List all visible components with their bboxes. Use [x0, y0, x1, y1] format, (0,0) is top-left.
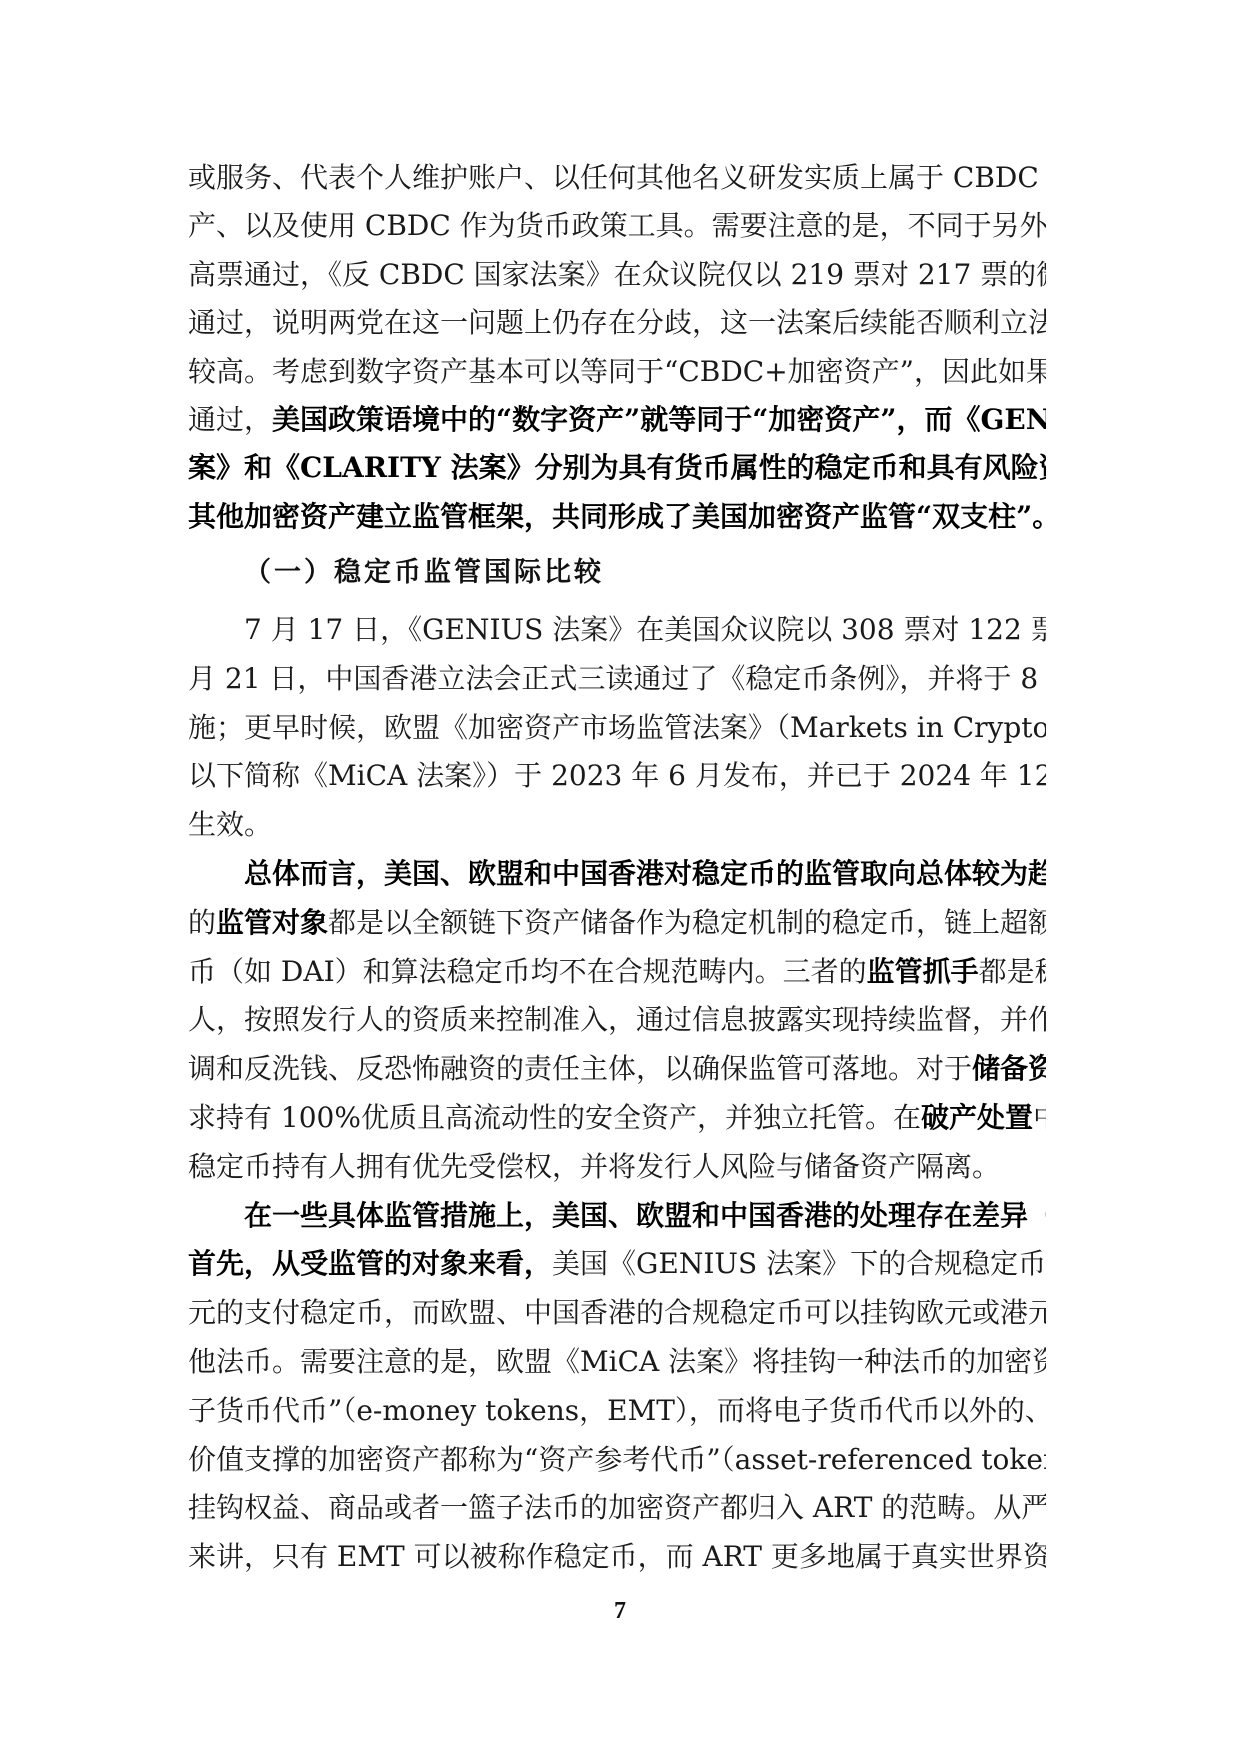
- text-line: 生效。: [188, 805, 1046, 845]
- text: 生效。: [188, 808, 272, 841]
- text: 来讲，只有 EMT 可以被称作稳定币，而 ART 更多地属于真实世界资产的范畴。: [188, 1540, 1046, 1573]
- text: 月 21 日，中国香港立法会正式三读通过了《稳定币条例》，并将于 8 月 1 日…: [188, 662, 1046, 695]
- text: 元的支付稳定币，而欧盟、中国香港的合规稳定币可以挂钩欧元或港元以外的其: [188, 1296, 1046, 1329]
- text-line: 通过，说明两党在这一问题上仍存在分歧，这一法案后续能否顺利立法不确定性: [188, 303, 1046, 343]
- text: 调和反洗钱、反恐怖融资的责任主体，以确保监管可落地。对于: [188, 1052, 972, 1085]
- text: 人，按照发行人的资质来控制准入，通过信息披露实现持续监督，并作为客户尽: [188, 1003, 1046, 1036]
- text-line: 来讲，只有 EMT 可以被称作稳定币，而 ART 更多地属于真实世界资产的范畴。: [188, 1537, 1046, 1577]
- text-line: 他法币。需要注意的是，欧盟《MiCA 法案》将挂钩一种法币的加密资产称作“电: [188, 1342, 1046, 1382]
- text-line: 元的支付稳定币，而欧盟、中国香港的合规稳定币可以挂钩欧元或港元以外的其: [188, 1293, 1046, 1333]
- bold-text: 总体而言，美国、欧盟和中国香港对稳定币的监管取向总体较为趋同。: [244, 857, 1046, 890]
- text: 稳定币持有人拥有优先受偿权，并将发行人风险与储备资产隔离。: [188, 1150, 1000, 1183]
- text: 的: [188, 906, 216, 939]
- text-line: 总体而言，美国、欧盟和中国香港对稳定币的监管取向总体较为趋同。三者: [244, 854, 1046, 894]
- bold-text: 储备资产: [972, 1052, 1046, 1085]
- text-line: 月 21 日，中国香港立法会正式三读通过了《稳定币条例》，并将于 8 月 1 日…: [188, 659, 1046, 699]
- bold-text: 破产处置: [921, 1101, 1033, 1134]
- bold-text: 监管对象: [216, 906, 328, 939]
- text: 产、以及使用 CBDC 作为货币政策工具。需要注意的是，不同于另外两项法案的: [188, 209, 1046, 242]
- page-number: 7: [0, 1598, 1240, 1625]
- bold-text: 首先，从受监管的对象来看，: [188, 1247, 552, 1280]
- text-line: 高票通过，《反 CBDC 国家法案》在众议院仅以 219 票对 217 票的微弱…: [188, 255, 1046, 295]
- text: 施；更早时候，欧盟《加密资产市场监管法案》（Markets in Crypto-…: [188, 711, 1046, 744]
- section-heading: （一）稳定币监管国际比较: [244, 553, 604, 593]
- bold-text: 监管抓手: [867, 955, 979, 988]
- text-line: 案》和《CLARITY 法案》分别为具有货币属性的稳定币和具有风险资产属性的: [188, 448, 1046, 488]
- text-line: 施；更早时候，欧盟《加密资产市场监管法案》（Markets in Crypto-…: [188, 708, 1046, 748]
- text-line: 币（如 DAI）和算法稳定币均不在合规范畴内。三者的监管抓手都是稳定币发行: [188, 952, 1046, 992]
- text-line: 7 月 17 日，《GENIUS 法案》在美国众议院以 308 票对 122 票…: [244, 610, 1046, 650]
- text: 价值支撑的加密资产都称为“资产参考代币”（asset-referenced to…: [188, 1443, 1046, 1476]
- text: 高票通过，《反 CBDC 国家法案》在众议院仅以 219 票对 217 票的微弱…: [188, 258, 1046, 291]
- text-line: 子货币代币”（e-money tokens，EMT），而将电子货币代币以外的、有…: [188, 1391, 1046, 1431]
- text: 他法币。需要注意的是，欧盟《MiCA 法案》将挂钩一种法币的加密资产称作“电: [188, 1345, 1046, 1378]
- text: 较高。考虑到数字资产基本可以等同于“CBDC+加密资产”，因此如果法案得以: [188, 355, 1046, 388]
- bold-text: 美国政策语境中的“数字资产”就等同于“加密资产”，而《GENIUS 法: [272, 403, 1046, 436]
- bold-text: 在一些具体监管措施上，美国、欧盟和中国香港的处理存在差异（详见表 1）。: [244, 1199, 1046, 1232]
- text-line: 或服务、代表个人维护账户、以任何其他名义研发实质上属于 CBDC 的数字资: [188, 158, 1046, 198]
- text: 求持有 100%优质且高流动性的安全资产，并独立托管。在: [188, 1101, 921, 1134]
- text: 币（如 DAI）和算法稳定币均不在合规范畴内。三者的: [188, 955, 867, 988]
- text-line: 挂钩权益、商品或者一篮子法币的加密资产都归入 ART 的范畴。从严格意义上: [188, 1488, 1046, 1528]
- text-line: 较高。考虑到数字资产基本可以等同于“CBDC+加密资产”，因此如果法案得以: [188, 352, 1046, 392]
- text-line: 调和反洗钱、反恐怖融资的责任主体，以确保监管可落地。对于储备资产，均要: [188, 1049, 1046, 1089]
- text-line: 通过，美国政策语境中的“数字资产”就等同于“加密资产”，而《GENIUS 法: [188, 400, 1046, 440]
- text: 或服务、代表个人维护账户、以任何其他名义研发实质上属于 CBDC 的数字资: [188, 161, 1046, 194]
- text-line: 价值支撑的加密资产都称为“资产参考代币”（asset-referenced to…: [188, 1440, 1046, 1480]
- text: 都是稳定币发行: [979, 955, 1046, 988]
- document-page: 或服务、代表个人维护账户、以任何其他名义研发实质上属于 CBDC 的数字资产、以…: [0, 0, 1240, 1755]
- text: 挂钩权益、商品或者一篮子法币的加密资产都归入 ART 的范畴。从严格意义上: [188, 1491, 1046, 1524]
- text-line: 首先，从受监管的对象来看，美国《GENIUS 法案》下的合规稳定币只限挂钩美: [188, 1244, 1046, 1284]
- text-line: 稳定币持有人拥有优先受偿权，并将发行人风险与储备资产隔离。: [188, 1147, 1046, 1187]
- text: 美国《GENIUS 法案》下的合规稳定币只限挂钩美: [552, 1247, 1046, 1280]
- text: 都是以全额链下资产储备作为稳定机制的稳定币，链上超额抵押稳定: [328, 906, 1046, 939]
- bold-text: 案》和《CLARITY 法案》分别为具有货币属性的稳定币和具有风险资产属性的: [188, 451, 1046, 484]
- text: 7 月 17 日，《GENIUS 法案》在美国众议院以 308 票对 122 票…: [244, 613, 1046, 646]
- text-line: 产、以及使用 CBDC 作为货币政策工具。需要注意的是，不同于另外两项法案的: [188, 206, 1046, 246]
- text: 通过，说明两党在这一问题上仍存在分歧，这一法案后续能否顺利立法不确定性: [188, 306, 1046, 339]
- text-line: 在一些具体监管措施上，美国、欧盟和中国香港的处理存在差异（详见表 1）。: [244, 1196, 1046, 1236]
- text: 通过，: [188, 403, 272, 436]
- text: 以下简称《MiCA 法案》）于 2023 年 6 月发布，并已于 2024 年 …: [188, 759, 1046, 792]
- text-line: 求持有 100%优质且高流动性的安全资产，并独立托管。在破产处置中，均明确: [188, 1098, 1046, 1138]
- text: 中，均明确: [1033, 1101, 1046, 1134]
- text-line: 其他加密资产建立监管框架，共同形成了美国加密资产监管“双支柱”。: [188, 497, 1046, 537]
- text-line: 人，按照发行人的资质来控制准入，通过信息披露实现持续监督，并作为客户尽: [188, 1000, 1046, 1040]
- text: 子货币代币”（e-money tokens，EMT），而将电子货币代币以外的、有…: [188, 1394, 1046, 1427]
- bold-text: 其他加密资产建立监管框架，共同形成了美国加密资产监管“双支柱”。: [188, 500, 1046, 533]
- text-line: 以下简称《MiCA 法案》）于 2023 年 6 月发布，并已于 2024 年 …: [188, 756, 1046, 796]
- text-line: 的监管对象都是以全额链下资产储备作为稳定机制的稳定币，链上超额抵押稳定: [188, 903, 1046, 943]
